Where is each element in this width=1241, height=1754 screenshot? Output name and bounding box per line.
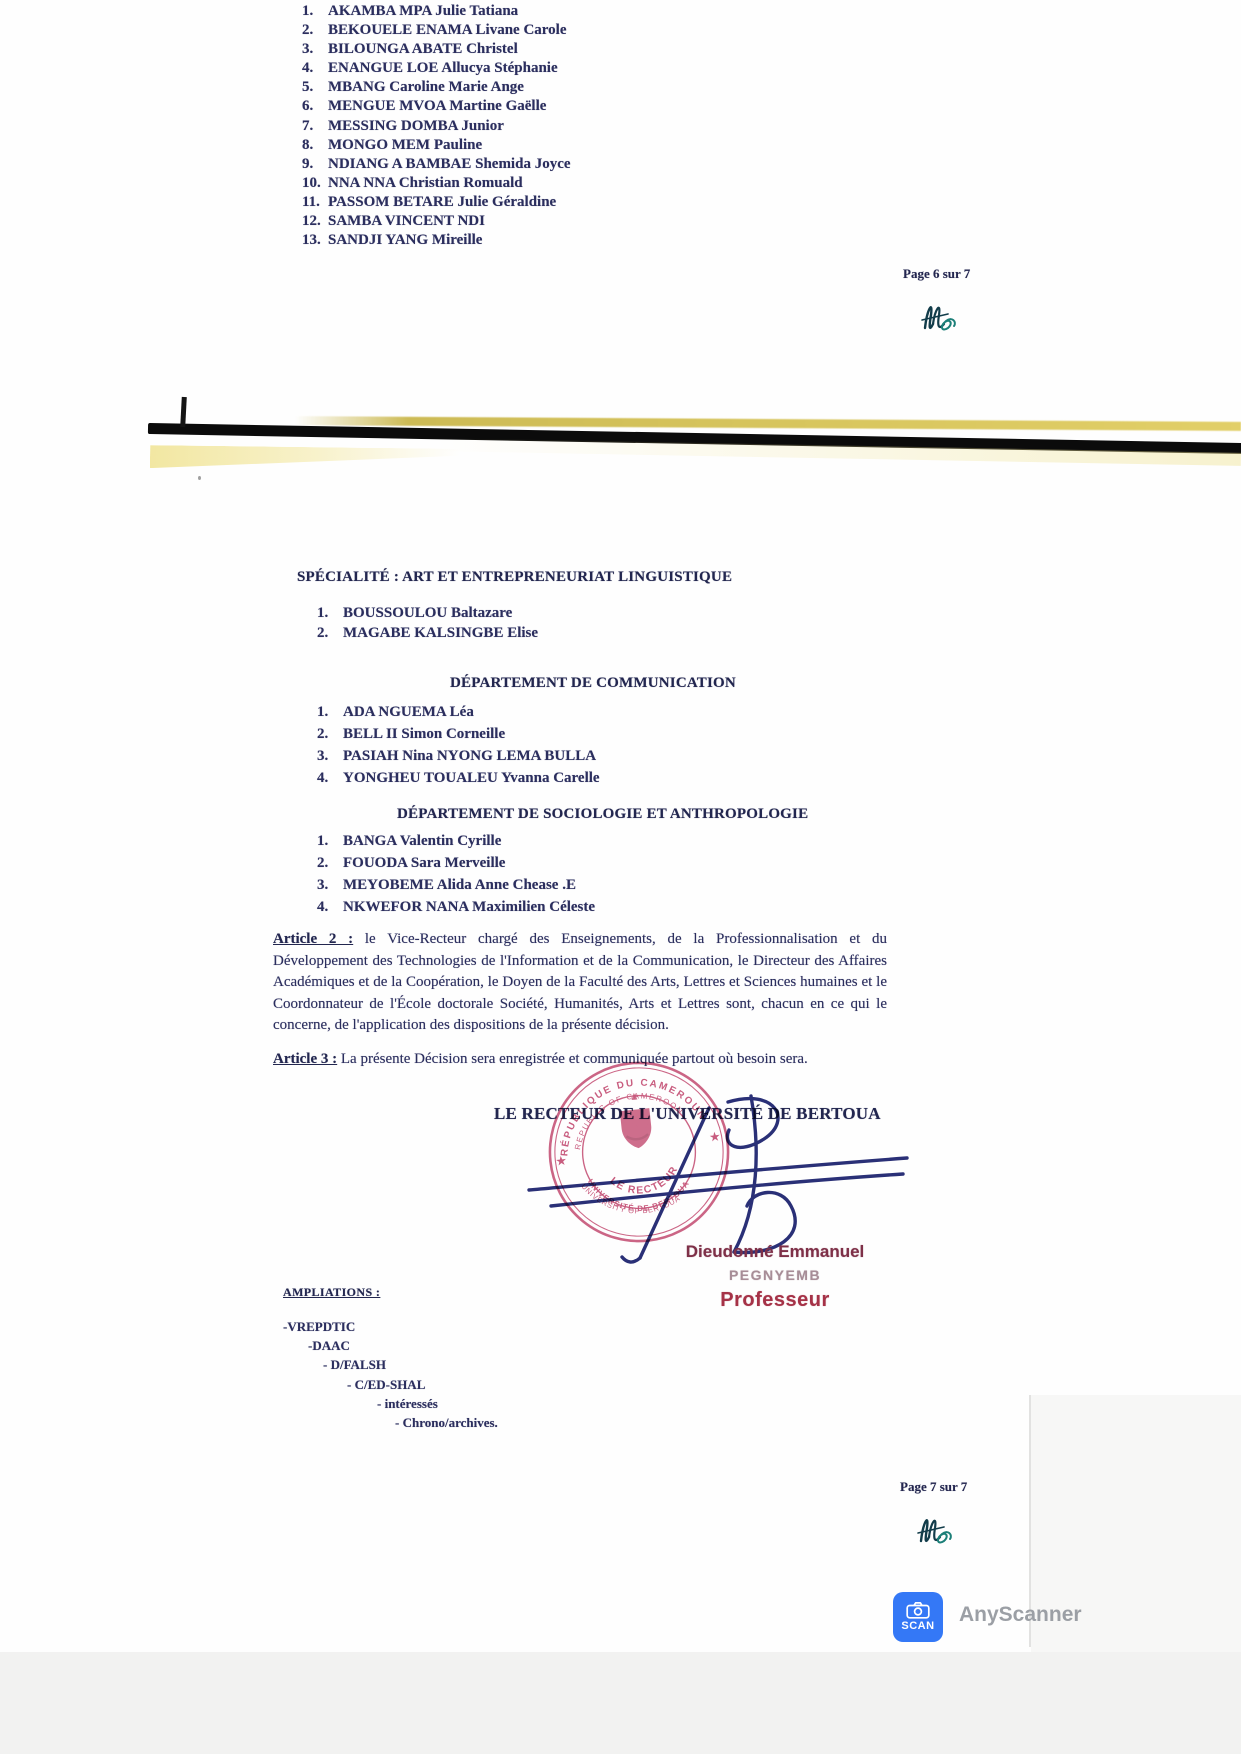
list-item: 1.BOUSSOULOU Baltazare <box>317 603 538 623</box>
student-name: MBANG Caroline Marie Ange <box>328 78 524 97</box>
ampliations-list: -VREPDTIC -DAAC - D/FALSH - C/ED-SHAL - … <box>283 1317 498 1432</box>
ampliation-item: - intéressés <box>377 1394 498 1413</box>
signatory-name: Dieudonné Emmanuel <box>652 1241 898 1263</box>
student-name: BOUSSOULOU Baltazare <box>343 603 512 623</box>
signatory-surname: PEGNYEMB <box>652 1263 898 1287</box>
ampliations-heading: AMPLIATIONS : <box>283 1285 380 1300</box>
list-item: 1.AKAMBA MPA Julie Tatiana <box>302 2 571 21</box>
list-item: 3.BILOUNGA ABATE Christel <box>302 40 571 59</box>
student-name: PASIAH Nina NYONG LEMA BULLA <box>343 745 596 767</box>
initials-paraph <box>914 1507 954 1553</box>
list-item: 4.NKWEFOR NANA Maximilien Céleste <box>317 896 595 918</box>
student-name: MAGABE KALSINGBE Elise <box>343 623 538 643</box>
ampliation-item: - C/ED-SHAL <box>347 1375 498 1394</box>
student-name: NNA NNA Christian Romuald <box>328 174 523 193</box>
list-item: 2.MAGABE KALSINGBE Elise <box>317 623 538 643</box>
student-name: MONGO MEM Pauline <box>328 136 482 155</box>
sociologie-student-list: 1.BANGA Valentin Cyrille 2.FOUODA Sara M… <box>317 830 595 918</box>
initials-paraph <box>918 294 958 340</box>
list-item: 1.ADA NGUEMA Léa <box>317 701 600 723</box>
page6-student-list: 1.AKAMBA MPA Julie Tatiana 2.BEKOUELE EN… <box>302 2 571 250</box>
list-item: 9.NDIANG A BAMBAE Shemida Joyce <box>302 155 571 174</box>
badge-scan-label: SCAN <box>901 1620 934 1632</box>
student-name: SANDJI YANG Mireille <box>328 231 482 250</box>
list-item: 3.PASIAH Nina NYONG LEMA BULLA <box>317 745 600 767</box>
student-name: BILOUNGA ABATE Christel <box>328 40 518 59</box>
list-item: 1.BANGA Valentin Cyrille <box>317 830 595 852</box>
student-name: BANGA Valentin Cyrille <box>343 830 501 852</box>
student-name: YONGHEU TOUALEU Yvanna Carelle <box>343 767 600 789</box>
communication-student-list: 1.ADA NGUEMA Léa 2.BELL II Simon Corneil… <box>317 701 600 789</box>
sociologie-heading: DÉPARTEMENT DE SOCIOLOGIE ET ANTHROPOLOG… <box>397 806 808 823</box>
article-2-paragraph: Article 2 : le Vice-Recteur chargé des E… <box>273 929 887 1037</box>
camera-icon <box>906 1602 930 1619</box>
student-name: SAMBA VINCENT NDI <box>328 212 485 231</box>
list-item: 6.MENGUE MVOA Martine Gaëlle <box>302 97 571 116</box>
student-name: MENGUE MVOA Martine Gaëlle <box>328 97 546 116</box>
specialite-heading: SPÉCIALITÉ : ART ET ENTREPRENEURIAT LING… <box>297 569 732 586</box>
ampliation-item: - D/FALSH <box>323 1355 498 1374</box>
student-name: NKWEFOR NANA Maximilien Céleste <box>343 896 595 918</box>
student-name: NDIANG A BAMBAE Shemida Joyce <box>328 155 571 174</box>
list-item: 7.MESSING DOMBA Junior <box>302 117 571 136</box>
student-name: ENANGUE LOE Allucya Stéphanie <box>328 59 558 78</box>
scan-speck <box>198 476 201 480</box>
list-item: 2.FOUODA Sara Merveille <box>317 852 595 874</box>
list-item: 12.SAMBA VINCENT NDI <box>302 212 571 231</box>
student-name: BELL II Simon Corneille <box>343 723 505 745</box>
ampliation-item: - Chrono/archives. <box>395 1413 498 1432</box>
ampliation-item: -VREPDTIC <box>283 1317 498 1336</box>
list-item: 5.MBANG Caroline Marie Ange <box>302 78 571 97</box>
anyscanner-label: AnyScanner <box>959 1603 1082 1627</box>
list-item: 2.BELL II Simon Corneille <box>317 723 600 745</box>
student-name: MESSING DOMBA Junior <box>328 117 504 136</box>
signatory-title: Professeur <box>652 1287 898 1313</box>
student-name: BEKOUELE ENAMA Livane Carole <box>328 21 567 40</box>
article-2-text: le Vice-Recteur chargé des Enseignements… <box>273 931 887 1033</box>
student-name: PASSOM BETARE Julie Géraldine <box>328 193 556 212</box>
ampliation-item: -DAAC <box>308 1336 498 1355</box>
page6-number: Page 6 sur 7 <box>903 266 970 282</box>
anyscanner-badge: SCAN <box>893 1592 943 1642</box>
list-item: 3.MEYOBEME Alida Anne Chease .E <box>317 874 595 896</box>
list-item: 2.BEKOUELE ENAMA Livane Carole <box>302 21 571 40</box>
scan-background-bottom <box>0 1652 1241 1754</box>
communication-heading: DÉPARTEMENT DE COMMUNICATION <box>450 675 736 692</box>
article-3-label: Article 3 : <box>273 1051 337 1067</box>
page7-number: Page 7 sur 7 <box>900 1479 967 1495</box>
article-2-label: Article 2 : <box>273 931 353 947</box>
list-item: 13.SANDJI YANG Mireille <box>302 231 571 250</box>
student-name: AKAMBA MPA Julie Tatiana <box>328 2 518 21</box>
list-item: 11.PASSOM BETARE Julie Géraldine <box>302 193 571 212</box>
list-item: 4.YONGHEU TOUALEU Yvanna Carelle <box>317 767 600 789</box>
specialite-student-list: 1.BOUSSOULOU Baltazare 2.MAGABE KALSINGB… <box>317 603 538 643</box>
student-name: ADA NGUEMA Léa <box>343 701 474 723</box>
student-name: MEYOBEME Alida Anne Chease .E <box>343 874 576 896</box>
list-item: 10.NNA NNA Christian Romuald <box>302 174 571 193</box>
signatory-block: Dieudonné Emmanuel PEGNYEMB Professeur <box>652 1241 898 1313</box>
list-item: 8.MONGO MEM Pauline <box>302 136 571 155</box>
scanned-document: 1.AKAMBA MPA Julie Tatiana 2.BEKOUELE EN… <box>0 0 1241 1754</box>
scan-seam-tick <box>180 397 187 427</box>
student-name: FOUODA Sara Merveille <box>343 852 505 874</box>
scan-seam-yellow-wedge <box>150 445 460 472</box>
list-item: 4.ENANGUE LOE Allucya Stéphanie <box>302 59 571 78</box>
